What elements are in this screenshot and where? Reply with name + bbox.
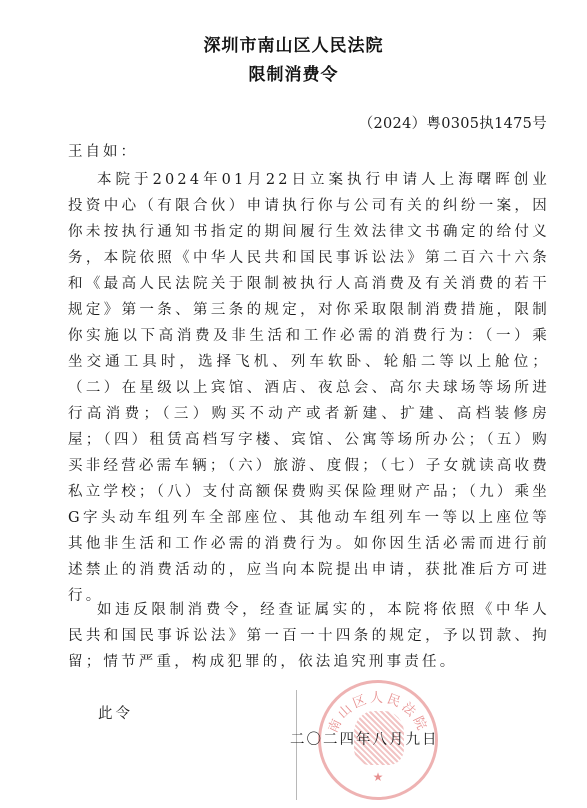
issue-date: 二〇二四年八月九日 xyxy=(290,728,439,749)
order-paragraph-warning: 如违反限制消费令，经查证属实的，本院将依照《中华人民共和国民事诉讼法》第一百一十… xyxy=(68,597,550,675)
svg-text:★: ★ xyxy=(373,770,384,784)
case-number: （2024）粤0305执1475号 xyxy=(359,112,547,133)
salutation: 王自如： xyxy=(68,140,138,161)
court-document-page: 深圳市南山区人民法院 限制消费令 （2024）粤0305执1475号 王自如： … xyxy=(0,0,587,808)
closing-text: 此令 xyxy=(98,702,133,723)
court-name-heading: 深圳市南山区人民法院 xyxy=(0,31,587,56)
document-title: 限制消费令 xyxy=(0,60,587,85)
order-paragraph-main: 本院于2024年01月22日立案执行申请人上海曙晖创业投资中心（有限合伙）申请执… xyxy=(68,167,550,609)
